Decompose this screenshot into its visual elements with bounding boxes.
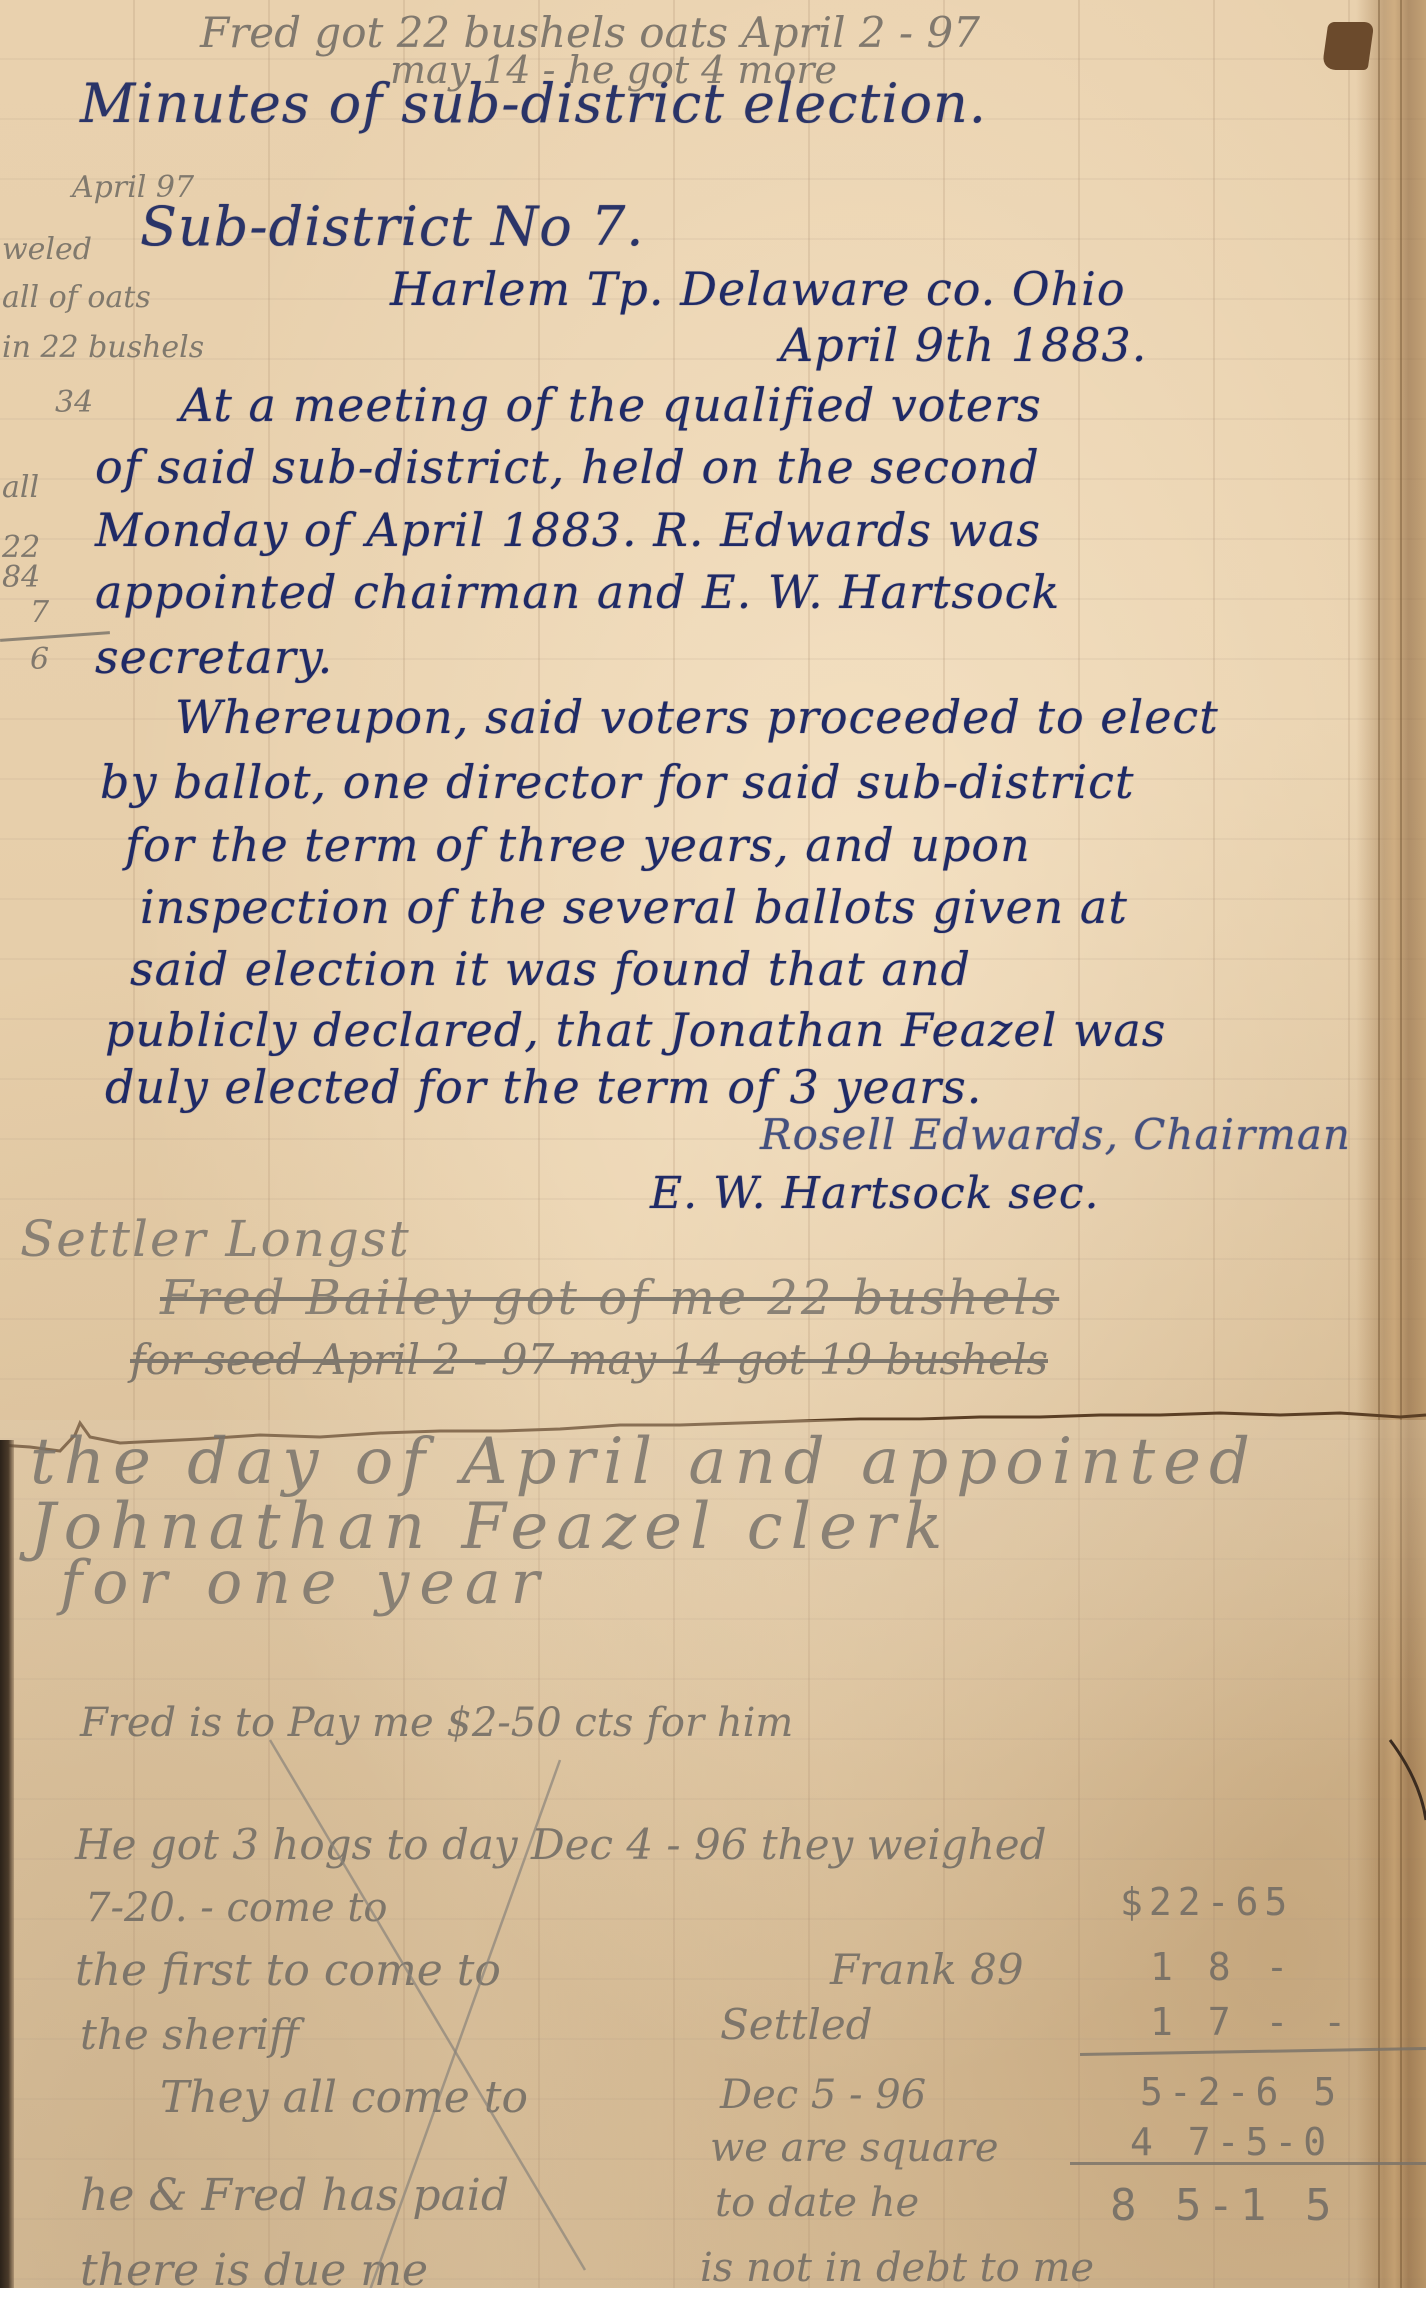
calc-rule bbox=[1070, 2162, 1426, 2165]
minutes-body-line: secretary. bbox=[95, 630, 333, 684]
account-line: Fred is to Pay me $2-50 cts for him bbox=[80, 1700, 793, 1746]
ledger-page: Fred got 22 bushels oats April 2 - 97 ma… bbox=[0, 0, 1426, 2300]
margin-note: 7 bbox=[30, 595, 49, 630]
minutes-body-line: by ballot, one director for said sub-dis… bbox=[100, 755, 1134, 809]
account-line: he & Fred has paid bbox=[80, 2170, 509, 2221]
frank-note: Frank 89 bbox=[830, 1945, 1024, 1994]
account-line: They all come to bbox=[160, 2072, 528, 2123]
struck-note-line-2: for seed April 2 - 97 may 14 got 19 bush… bbox=[130, 1335, 1048, 1384]
minutes-body-line: for the term of three years, and upon bbox=[125, 818, 1031, 872]
margin-note: all of oats bbox=[2, 280, 151, 315]
margin-note: 34 bbox=[55, 385, 93, 420]
minutes-body-line: duly elected for the term of 3 years. bbox=[105, 1060, 982, 1114]
not-debt-note: is not in debt to me bbox=[700, 2245, 1094, 2291]
margin-note: 6 bbox=[30, 642, 49, 677]
margin-rule bbox=[0, 631, 110, 642]
account-line: the sheriff bbox=[80, 2010, 299, 2059]
calc-value: $22-65 bbox=[1120, 1880, 1293, 1924]
chairman-signature: Rosell Edwards, Chairman bbox=[760, 1110, 1351, 1159]
account-line: He got 3 hogs to day Dec 4 - 96 they wei… bbox=[75, 1820, 1047, 1869]
location-line: Harlem Tp. Delaware co. Ohio bbox=[390, 262, 1126, 316]
margin-note: all bbox=[2, 470, 39, 505]
calc-total: 5-2-6 5 bbox=[1140, 2070, 1342, 2114]
margin-note: in 22 bushels bbox=[2, 330, 204, 365]
margin-note: 84 bbox=[2, 560, 40, 595]
minutes-title: Minutes of sub-district election. bbox=[80, 72, 987, 135]
calc-value: 1 8 - bbox=[1150, 1945, 1294, 1989]
calc-value: 1 7 - - bbox=[1150, 2000, 1352, 2044]
pencil-heading: Settler Longst bbox=[20, 1210, 411, 1268]
subdistrict-heading: Sub-district No 7. bbox=[140, 195, 644, 258]
minutes-body-line: At a meeting of the qualified voters bbox=[180, 378, 1042, 432]
margin-note: weled bbox=[2, 232, 92, 267]
minutes-body-line: publicly declared, that Jonathan Feazel … bbox=[105, 1003, 1166, 1057]
minutes-body-line: appointed chairman and E. W. Hartsock bbox=[95, 565, 1060, 619]
book-binding bbox=[0, 1440, 14, 2300]
calc-value: 4 7-5-0 bbox=[1130, 2120, 1332, 2164]
square-note: we are square bbox=[710, 2125, 999, 2171]
struck-note-line-1: Fred Bailey got of me 22 bushels bbox=[160, 1270, 1059, 1326]
scan-bottom-margin bbox=[0, 2288, 1426, 2300]
to-date-note: to date he bbox=[715, 2180, 919, 2226]
calc-total: 8 5-1 5 bbox=[1110, 2180, 1337, 2231]
settled-date: Dec 5 - 96 bbox=[720, 2072, 926, 2118]
ink-stain bbox=[1322, 22, 1375, 70]
minutes-body-line: of said sub-district, held on the second bbox=[95, 440, 1040, 494]
fragment-line-3: for one year bbox=[60, 1548, 549, 1618]
minutes-body-line: Whereupon, said voters proceeded to elec… bbox=[175, 690, 1219, 744]
secretary-signature: E. W. Hartsock sec. bbox=[650, 1168, 1100, 1219]
minutes-body-line: inspection of the several ballots given … bbox=[140, 880, 1128, 934]
date-line: April 9th 1883. bbox=[780, 318, 1147, 372]
account-line: 7-20. - come to bbox=[85, 1885, 387, 1931]
minutes-body-line: Monday of April 1883. R. Edwards was bbox=[95, 503, 1041, 557]
account-line: the first to come to bbox=[75, 1945, 501, 1996]
minutes-body-line: said election it was found that and bbox=[130, 942, 971, 996]
settled-note: Settled bbox=[720, 2000, 873, 2049]
fragment-line-1: the day of April and appointed bbox=[30, 1425, 1258, 1499]
